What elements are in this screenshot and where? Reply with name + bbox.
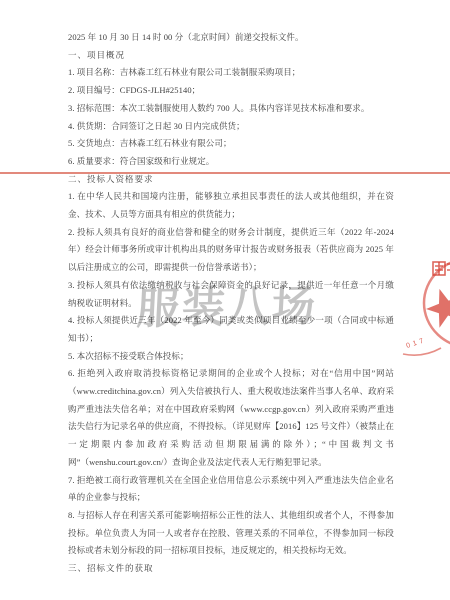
- star-icon: [421, 283, 450, 330]
- delivery-place-line: 5. 交货地点：吉林森工红石林业有限公司；: [68, 135, 394, 153]
- qualification-item-3: 3. 投标人须具有依法缴纳税收与社会保障资金的良好记录，提供近一年任意一个月缴纳…: [68, 277, 394, 312]
- qualification-item-7: 7. 拒绝被工商行政管理机关在全国企业信用信息公示系统中列入严重违法失信企业名单…: [68, 472, 394, 507]
- seal-digits: 017: [405, 337, 427, 350]
- qualification-item-5: 5. 本次招标不接受联合体投标；: [68, 348, 394, 366]
- delivery-period-line: 4. 供货期：合同签订之日起 30 日内完成供货；: [68, 118, 394, 136]
- project-number-line: 2. 项目编号：CFDGS-JLH#25140；: [68, 82, 394, 100]
- quality-requirement-line: 6. 质量要求：符合国家级和行业规定。: [68, 153, 394, 171]
- deadline-line: 2025 年 10 月 30 日 14 时 00 分（北京时间）前递交投标文件。: [68, 29, 394, 47]
- bid-scope-line: 3. 招标范围：本次工装制服使用人数约 700 人。具体内容详见技术标准和要求。: [68, 100, 394, 118]
- document-body: 2025 年 10 月 30 日 14 时 00 分（北京时间）前递交投标文件。…: [68, 29, 394, 578]
- document-page: 2025 年 10 月 30 日 14 时 00 分（北京时间）前递交投标文件。…: [0, 0, 450, 600]
- seal-text-fragment: [433, 258, 450, 276]
- qualification-item-4: 4. 投标人须提供近三年（2022 年至今）同类或类似项目业绩至少一项（合同或中…: [68, 312, 394, 347]
- qualification-item-8: 8. 与招标人存在利害关系可能影响招标公正性的法人、其他组织或者个人，不得参加投…: [68, 507, 394, 560]
- seal-ring: [424, 258, 450, 348]
- project-name-line: 1. 项目名称：吉林森工红石林业有限公司工装制服采购项目；: [68, 64, 394, 82]
- red-seal-stamp: 017: [395, 248, 450, 363]
- qualification-item-1: 1. 在中华人民共和国境内注册，能够独立承担民事责任的法人或其他组织，并在资金、…: [68, 188, 394, 223]
- overview-heading: 一、项目概况: [68, 47, 394, 65]
- qualification-item-2: 2. 投标人须具有良好的商业信誉和健全的财务会计制度，提供近三年（2022 年-…: [68, 224, 394, 277]
- section-divider-line: [0, 172, 450, 174]
- qualification-item-6: 6. 拒绝列入政府取消投标资格记录期间的企业或个人投标；对在“信用中国”网站（w…: [68, 365, 394, 471]
- obtain-heading: 三、招标文件的获取: [68, 560, 394, 578]
- seal-bottom-arc: [403, 348, 441, 355]
